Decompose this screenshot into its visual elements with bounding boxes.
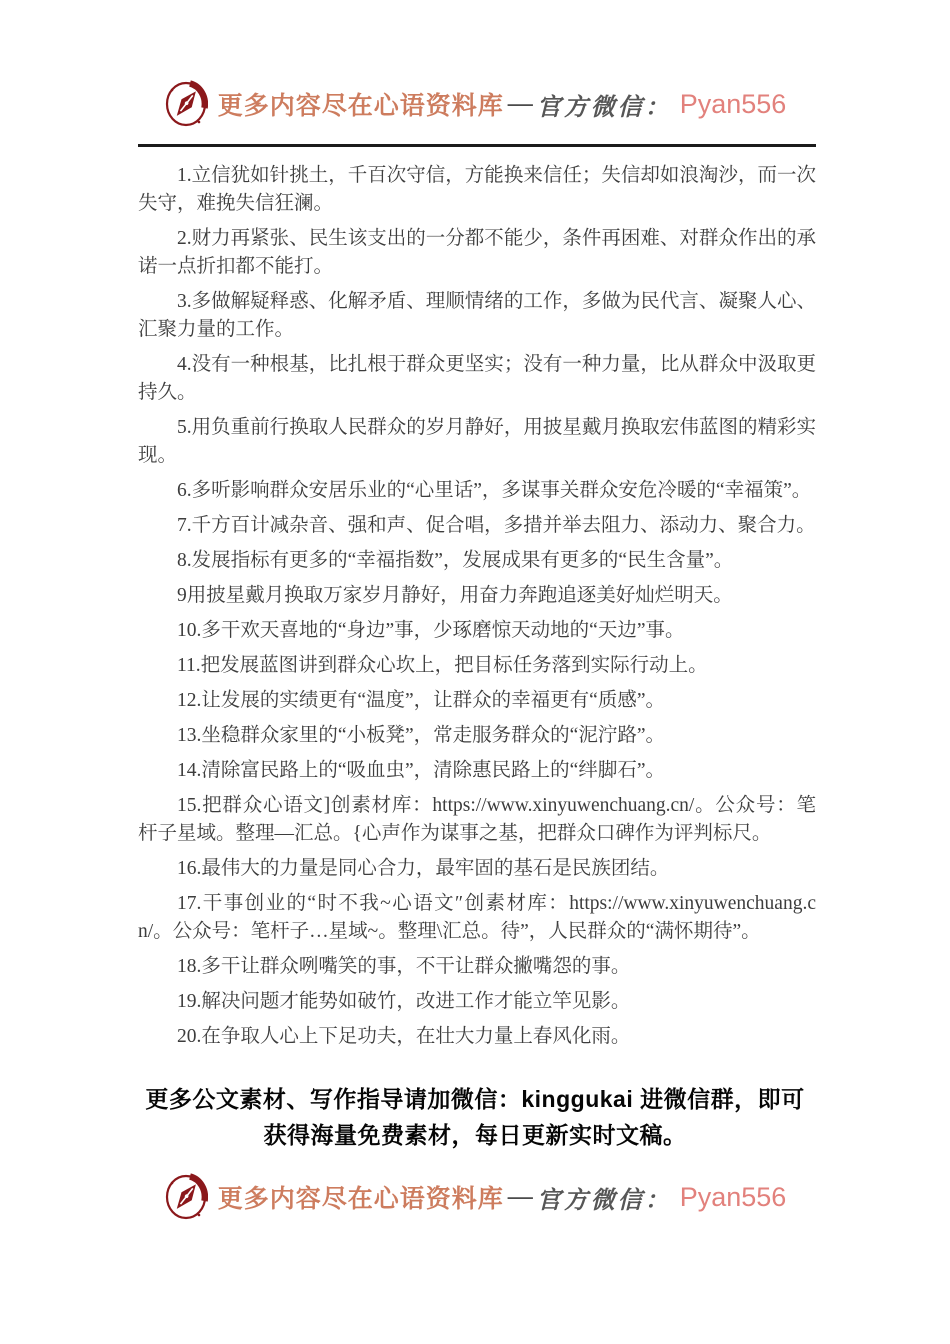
pen-nib-logo-icon [164,80,208,128]
list-item: 9用披星戴月换取万家岁月静好，用奋力奔跑追逐美好灿烂明天。 [138,582,816,610]
footer-wechat-id: Pyan556 [680,1182,787,1213]
list-item: 16.最伟大的力量是同心合力，最牢固的基石是民族团结。 [138,855,816,883]
list-item: 18.多干让群众咧嘴笑的事，不干让群众撇嘴怨的事。 [138,953,816,981]
list-item: 19.解决问题才能势如破竹，改进工作才能立竿见影。 [138,988,816,1016]
list-item: 1.立信犹如针挑土，千百次守信，方能换来信任；失信却如浪淘沙，而一次失守，难挽失… [138,162,816,218]
footer-brand-text: 更多内容尽在心语资料库 [218,1179,504,1215]
header-wechat-label: 官方微信： [537,87,672,122]
footer-wechat-label: 官方微信： [537,1180,672,1215]
list-item: 20.在争取人心上下足功夫，在壮大力量上春风化雨。 [138,1023,816,1051]
footer-brand-separator: — [508,1183,533,1211]
list-item: 14.清除富民路上的“吸血虫”，清除惠民路上的“绊脚石”。 [138,757,816,785]
list-item: 11.把发展蓝图讲到群众心坎上，把目标任务落到实际行动上。 [138,652,816,680]
header-brand-separator: — [508,90,533,118]
list-item: 5.用负重前行换取人民群众的岁月静好，用披星戴月换取宏伟蓝图的精彩实现。 [138,414,816,470]
document-body: 1.立信犹如针挑土，千百次守信，方能换来信任；失信却如浪淘沙，而一次失守，难挽失… [138,162,816,1051]
footer-brand-row: 更多内容尽在心语资料库 — 官方微信： Pyan556 [0,1173,950,1221]
list-item: 2.财力再紧张、民生该支出的一分都不能少，条件再困难、对群众作出的承诺一点折扣都… [138,225,816,281]
header-brand-row: 更多内容尽在心语资料库 — 官方微信： Pyan556 [0,80,950,128]
header-brand-text: 更多内容尽在心语资料库 [218,86,504,122]
header-divider-line [138,144,816,147]
wechat-promo-notice: 更多公文素材、写作指导请加微信：kinggukai 进微信群，即可 获得海量免费… [125,1081,825,1153]
notice-line-2: 获得海量免费素材，每日更新实时文稿。 [264,1122,687,1148]
notice-line-1: 更多公文素材、写作指导请加微信：kinggukai 进微信群，即可 [145,1086,804,1112]
list-item: 7.千方百计减杂音、强和声、促合唱，多措并举去阻力、添动力、聚合力。 [138,512,816,540]
document-page: 更多内容尽在心语资料库 — 官方微信： Pyan556 1.立信犹如针挑土，千百… [0,0,950,1344]
list-item: 6.多听影响群众安居乐业的“心里话”，多谋事关群众安危冷暖的“幸福策”。 [138,477,816,505]
list-item: 10.多干欢天喜地的“身边”事，少琢磨惊天动地的“天边”事。 [138,617,816,645]
list-item: 12.让发展的实绩更有“温度”，让群众的幸福更有“质感”。 [138,687,816,715]
header-wechat-id: Pyan556 [680,89,787,120]
list-item: 15.把群众心语文]创素材库：https://www.xinyuwenchuan… [138,792,816,848]
list-item: 13.坐稳群众家里的“小板凳”，常走服务群众的“泥泞路”。 [138,722,816,750]
list-item: 8.发展指标有更多的“幸福指数”，发展成果有更多的“民生含量”。 [138,547,816,575]
list-item: 17.干事创业的“时不我~心语文″创素材库：https://www.xinyuw… [138,890,816,946]
pen-nib-logo-icon [164,1173,208,1221]
list-item: 3.多做解疑释惑、化解矛盾、理顺情绪的工作，多做为民代言、凝聚人心、汇聚力量的工… [138,288,816,344]
list-item: 4.没有一种根基，比扎根于群众更坚实；没有一种力量，比从群众中汲取更持久。 [138,351,816,407]
